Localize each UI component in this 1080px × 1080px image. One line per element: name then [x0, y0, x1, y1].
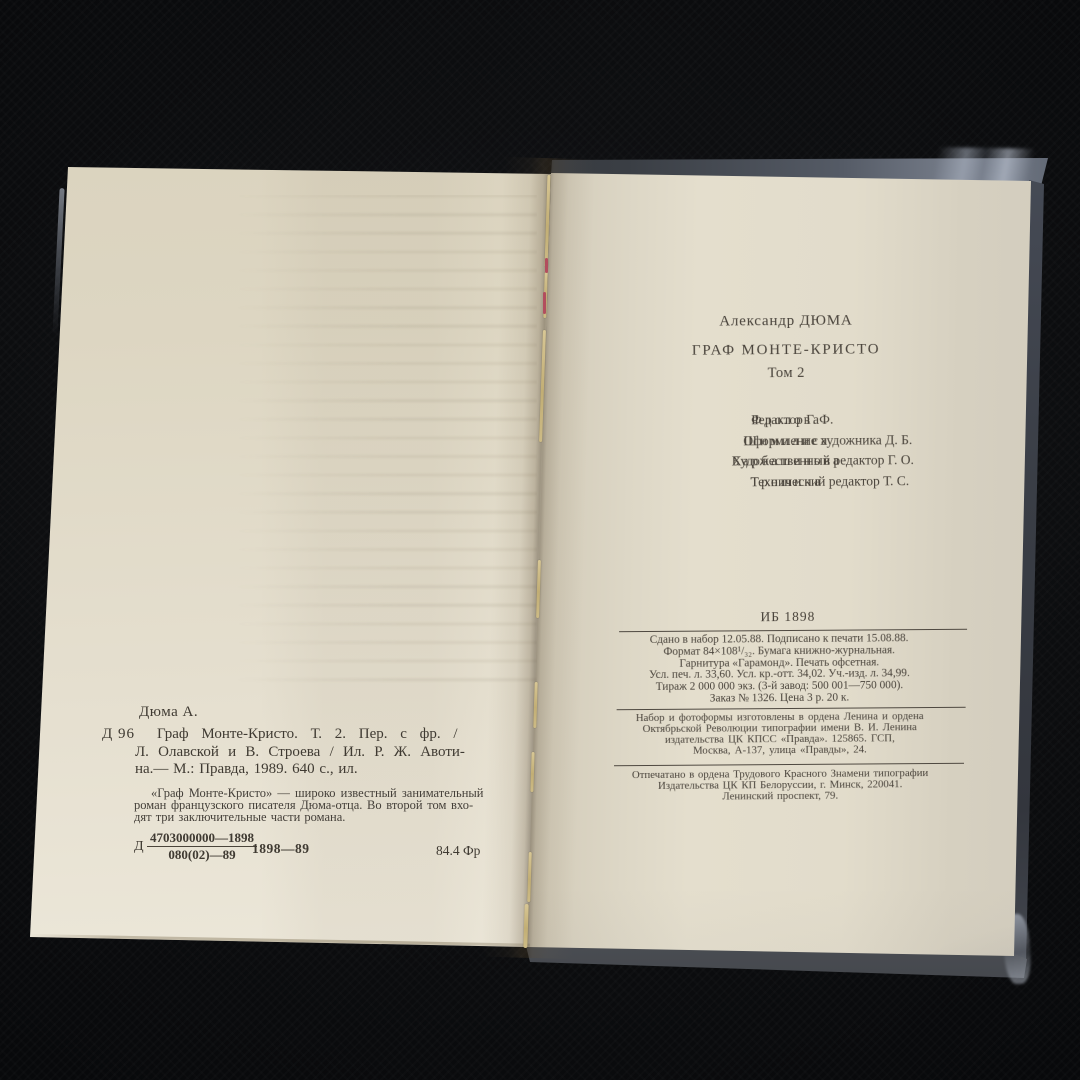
prepress-line: Москва, А-137, улица «Правды», 24. [597, 744, 963, 758]
book-author: Александр ДЮМА [598, 312, 974, 332]
editor-credit: Технический редактор Т. С. Трошина [599, 473, 975, 492]
volume-number: Том 2 [598, 364, 974, 384]
print-details-line: Заказ № 1326. Цена 3 р. 20 к. [597, 692, 963, 706]
print-details-block: Сдано в набор 12.05.88. Подписано к печа… [596, 633, 962, 706]
ib-number: ИБ 1898 [600, 608, 976, 627]
divider-rule [619, 629, 967, 633]
divider-rule [614, 763, 964, 767]
right-page-text-layer: Александр ДЮМА ГРАФ МОНТЕ-КРИСТО Том 2 Р… [0, 0, 1080, 1080]
editor-credit: Оформление художника Д. Б. Шимилиса [599, 432, 975, 451]
printing-house-block: Отпечатано в ордена Трудового Красного З… [597, 768, 963, 804]
editor-role: Оформление художника Д. Б. [743, 432, 912, 449]
editor-credit: Редактор Г. Ф. Фролова [599, 411, 975, 430]
editor-role: Редактор Г. Ф. [751, 412, 833, 429]
printing-house-line: Ленинский проспект, 79. [597, 790, 963, 804]
editor-role: Художественный редактор Г. О. [732, 452, 914, 469]
open-book-photo: Дюма А. Д 96 Граф Монте-Кристо. Т. 2. Пе… [0, 0, 1080, 1080]
editor-role: Технический редактор Т. С. [750, 473, 909, 490]
book-title: ГРАФ МОНТЕ-КРИСТО [598, 341, 974, 361]
editor-credit: Художественный редактор Г. О. Барбашинов… [599, 452, 975, 471]
prepress-block: Набор и фотоформы изготовлены в ордена Л… [597, 711, 963, 758]
